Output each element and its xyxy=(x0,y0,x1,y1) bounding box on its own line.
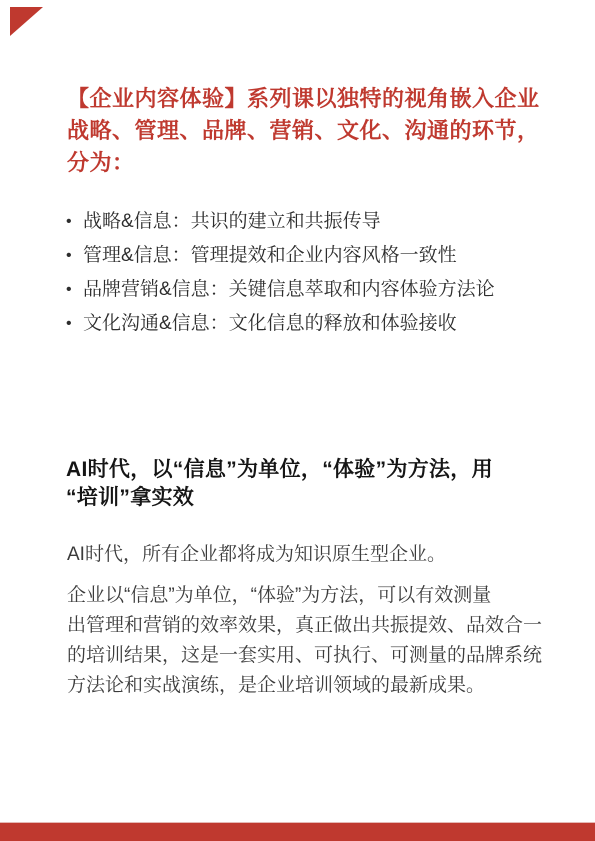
list-item: • 管理&信息：管理提效和企业内容风格一致性 xyxy=(66,239,552,273)
course-bullet-list: • 战略&信息：共识的建立和共振传导 • 管理&信息：管理提效和企业内容风格一致… xyxy=(66,205,552,341)
intro-heading: 【企业内容体验】系列课以独特的视角嵌入企业 战略、管理、品牌、营销、文化、沟通的… xyxy=(67,83,549,179)
section-heading-line: “培训”拿实效 xyxy=(66,484,552,512)
list-item: • 战略&信息：共识的建立和共振传导 xyxy=(66,205,552,239)
section-heading: AI时代，以“信息”为单位，“体验”为方法，用 “培训”拿实效 xyxy=(66,456,552,512)
list-item-text: 文化沟通&信息：文化信息的释放和体验接收 xyxy=(83,307,457,341)
list-item-text: 品牌营销&信息：关键信息萃取和内容体验方法论 xyxy=(83,273,495,307)
bullet-dot-icon: • xyxy=(66,239,83,273)
document-page: 【企业内容体验】系列课以独特的视角嵌入企业 战略、管理、品牌、营销、文化、沟通的… xyxy=(0,0,595,841)
paragraph-method-description: 企业以“信息”为单位，“体验”为方法，可以有效测量 出管理和营销的效率效果，真正… xyxy=(67,581,555,701)
intro-heading-line: 【企业内容体验】系列课以独特的视角嵌入企业 xyxy=(67,83,549,115)
paragraph-line: 企业以“信息”为单位，“体验”为方法，可以有效测量 xyxy=(67,581,555,611)
list-item-text: 管理&信息：管理提效和企业内容风格一致性 xyxy=(83,239,457,273)
corner-triangle-decoration xyxy=(10,7,43,36)
bullet-dot-icon: • xyxy=(66,273,83,307)
paragraph-line: 的培训结果，这是一套实用、可执行、可测量的品牌系统 xyxy=(67,641,555,671)
section-heading-line: AI时代，以“信息”为单位，“体验”为方法，用 xyxy=(66,456,552,484)
bullet-dot-icon: • xyxy=(66,205,83,239)
list-item: • 品牌营销&信息：关键信息萃取和内容体验方法论 xyxy=(66,273,552,307)
paragraph-line: 出管理和营销的效率效果，真正做出共振提效、品效合一 xyxy=(67,611,555,641)
intro-heading-line: 战略、管理、品牌、营销、文化、沟通的环节， xyxy=(67,115,549,147)
list-item-text: 战略&信息：共识的建立和共振传导 xyxy=(83,205,381,239)
bullet-dot-icon: • xyxy=(66,307,83,341)
footer-band-decoration xyxy=(0,822,595,841)
intro-heading-line: 分为： xyxy=(67,147,549,179)
paragraph-ai-era: AI时代，所有企业都将成为知识原生型企业。 xyxy=(67,540,553,570)
paragraph-line: 方法论和实战演练，是企业培训领域的最新成果。 xyxy=(67,671,555,701)
list-item: • 文化沟通&信息：文化信息的释放和体验接收 xyxy=(66,307,552,341)
